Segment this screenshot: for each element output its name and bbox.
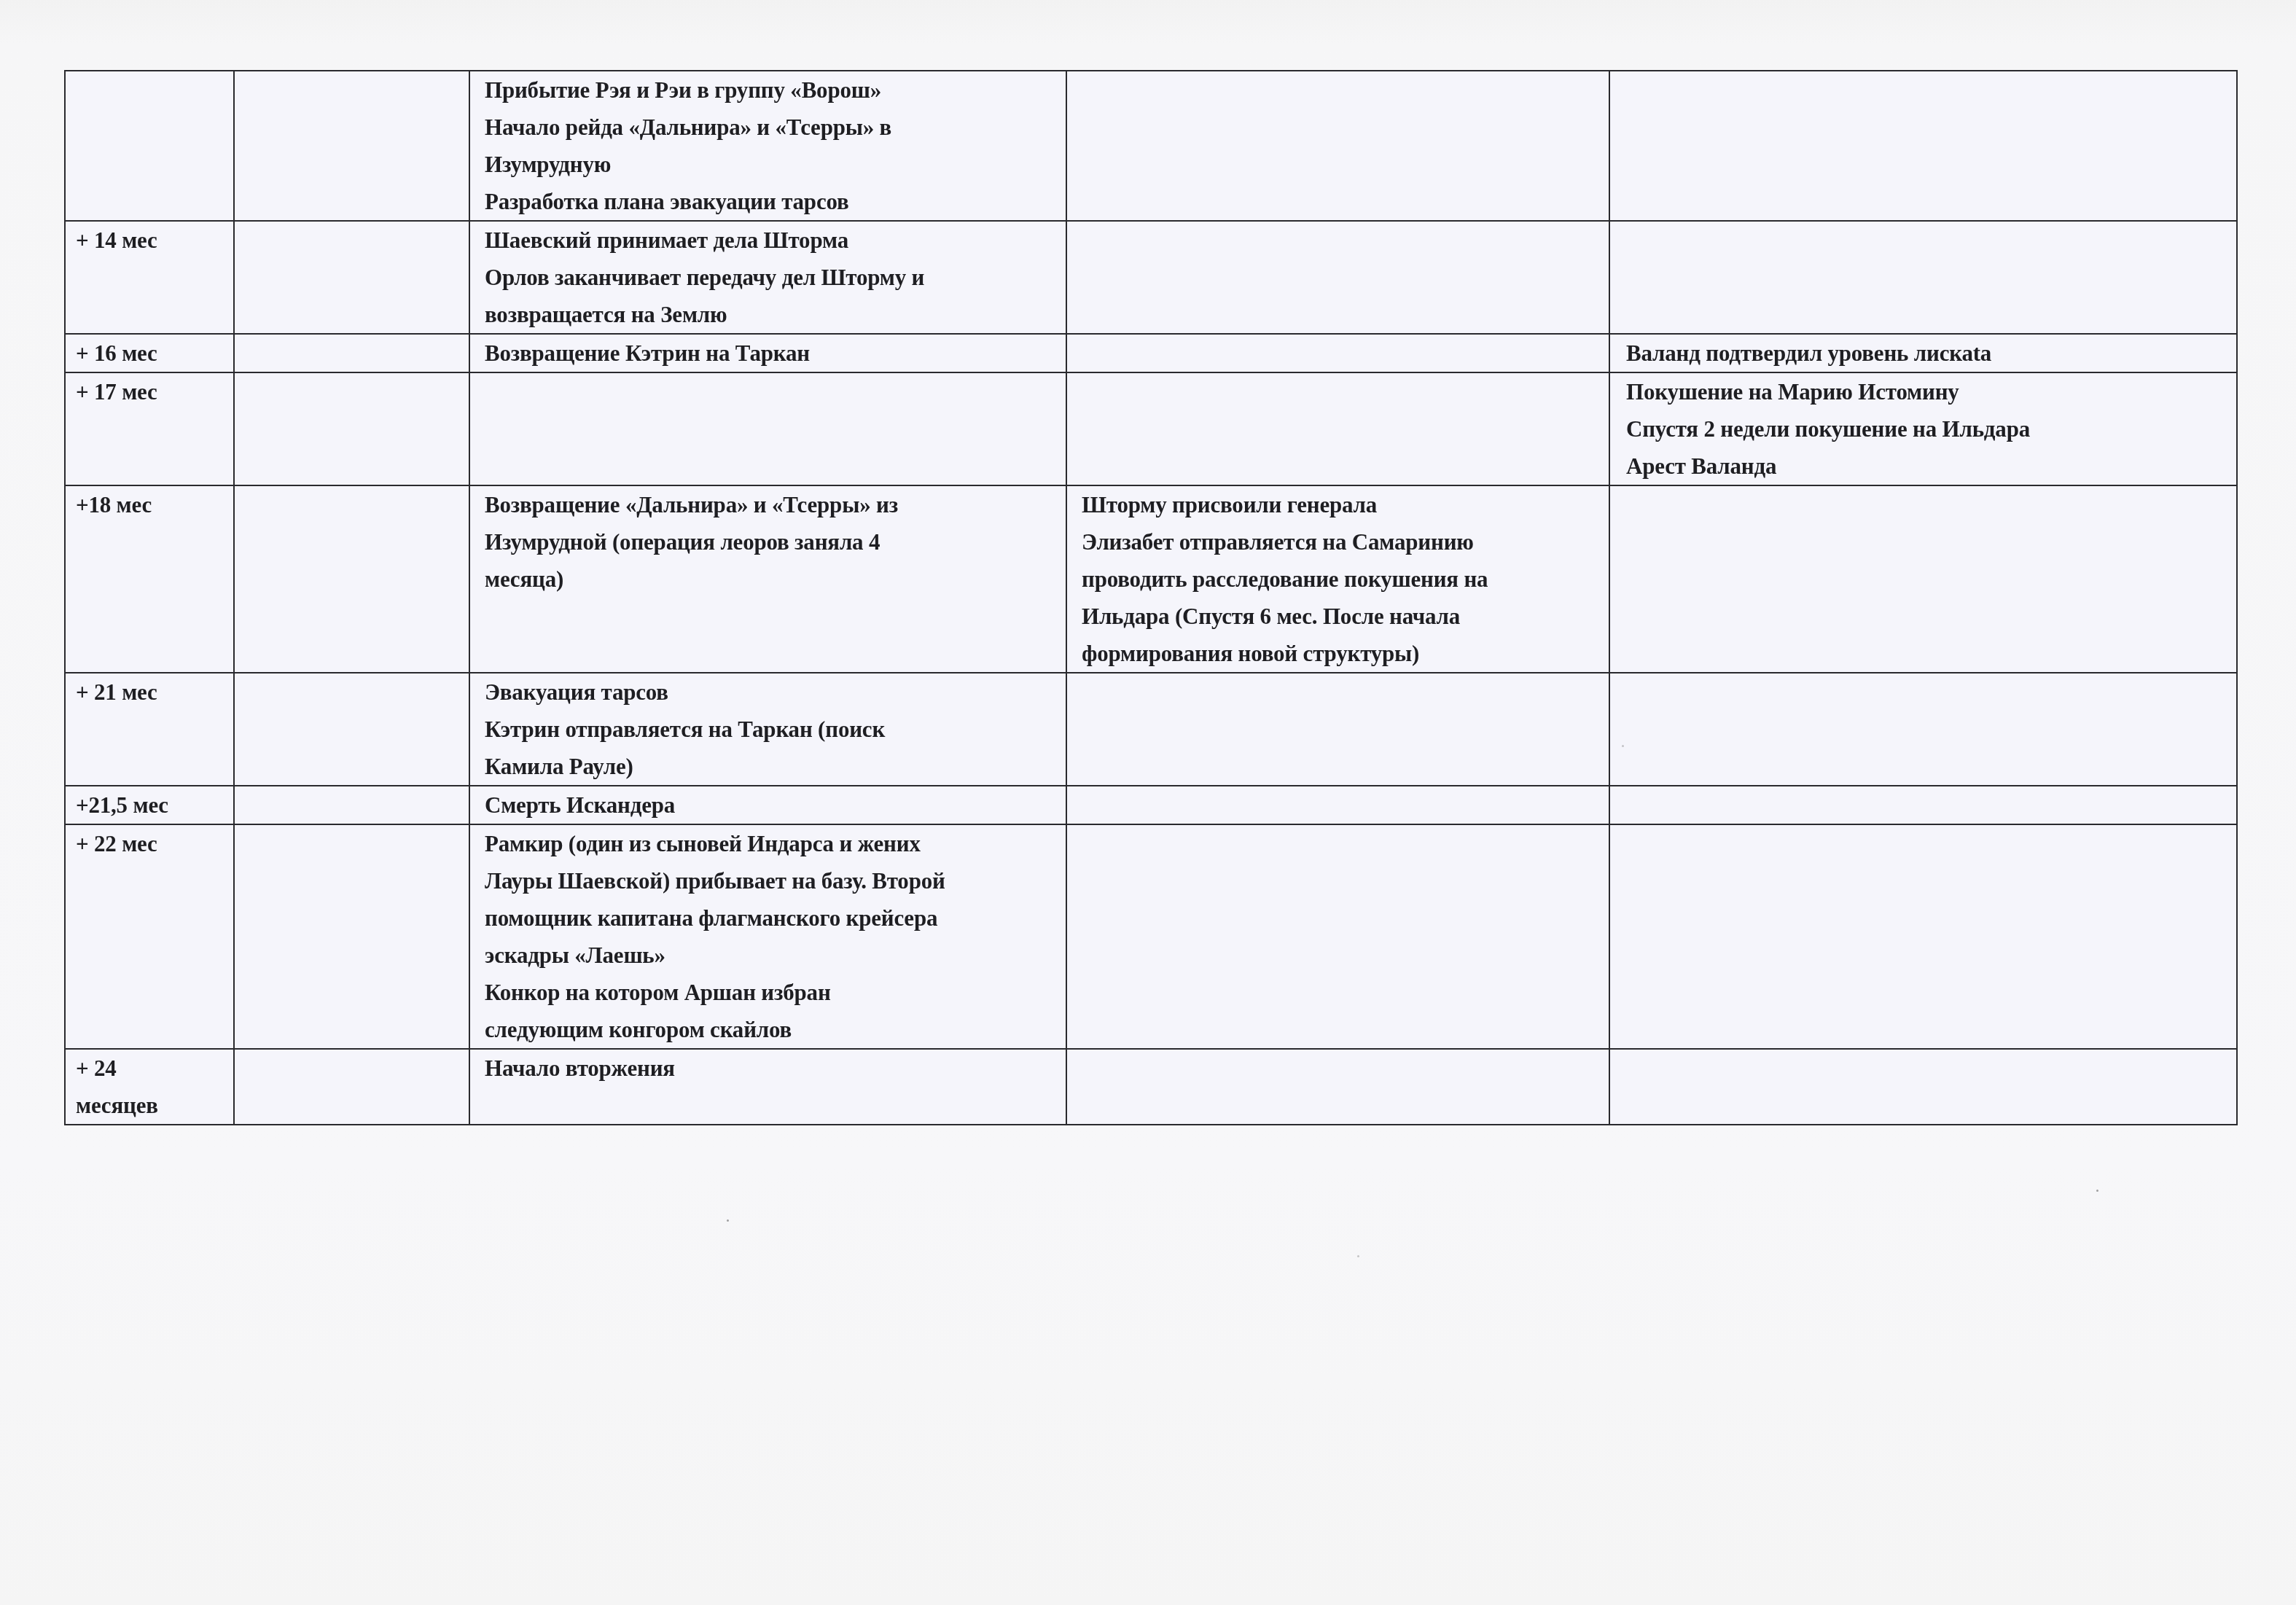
table-row: Прибытие Рэя и Рэи в группу «Ворош»Начал…	[65, 71, 2237, 221]
cell-line: Разработка плана эвакуации тарсов	[485, 183, 1055, 220]
table-row: +21,5 мес Смерть Искандера	[65, 786, 2237, 824]
notes-cell	[1066, 824, 1609, 1049]
events-cell	[469, 372, 1066, 485]
empty-cell	[234, 1049, 469, 1125]
events-cell: Шаевский принимает дела ШтормаОрлов зака…	[469, 221, 1066, 334]
notes-cell	[1066, 372, 1609, 485]
period-cell: + 22 мес	[65, 824, 234, 1049]
period-cell: + 24месяцев	[65, 1049, 234, 1125]
cell-line: Изумрудную	[485, 146, 1055, 183]
empty-cell	[234, 372, 469, 485]
empty-cell	[234, 673, 469, 786]
cell-line: + 22 мес	[76, 825, 223, 862]
events-cell: Возвращение Кэтрин на Таркан	[469, 334, 1066, 372]
empty-cell	[234, 824, 469, 1049]
cell-line: месяцев	[76, 1087, 223, 1124]
table-row: + 22 мес Рамкир (один из сыновей Индарса…	[65, 824, 2237, 1049]
period-cell	[65, 71, 234, 221]
empty-cell	[234, 334, 469, 372]
notes-cell: Валанд подтвердил уровень лискаta	[1609, 334, 2237, 372]
notes-cell	[1609, 1049, 2237, 1125]
cell-line: Шторму присвоили генерала	[1082, 486, 1598, 523]
cell-line: Кэтрин отправляется на Таркан (поиск	[485, 711, 1055, 748]
period-cell: + 21 мес	[65, 673, 234, 786]
events-cell: Рамкир (один из сыновей Индарса и женихЛ…	[469, 824, 1066, 1049]
cell-line: Ильдара (Спустя 6 мес. После начала	[1082, 598, 1598, 635]
cell-line: Прибытие Рэя и Рэи в группу «Ворош»	[485, 71, 1055, 109]
cell-line: +21,5 мес	[76, 786, 223, 824]
cell-line: + 21 мес	[76, 673, 223, 711]
cell-line: Начало рейда «Дальнира» и «Тсерры» в	[485, 109, 1055, 146]
period-cell: +18 мес	[65, 485, 234, 673]
cell-line: Возвращение Кэтрин на Таркан	[485, 335, 1055, 372]
cell-line: Орлов заканчивает передачу дел Шторму и	[485, 259, 1055, 296]
notes-cell: Покушение на Марию ИстоминуСпустя 2 неде…	[1609, 372, 2237, 485]
cell-line: Камила Рауле)	[485, 748, 1055, 785]
notes-cell	[1609, 824, 2237, 1049]
cell-line: Элизабет отправляется на Самаринию	[1082, 523, 1598, 561]
cell-line: Изумрудной (операция леоров заняла 4	[485, 523, 1055, 561]
table-row: + 24месяцев Начало вторжения	[65, 1049, 2237, 1125]
notes-cell	[1066, 786, 1609, 824]
cell-line: Шаевский принимает дела Шторма	[485, 222, 1055, 259]
table-row: +18 мес Возвращение «Дальнира» и «Тсерры…	[65, 485, 2237, 673]
cell-line: Смерть Искандера	[485, 786, 1055, 824]
notes-cell	[1066, 221, 1609, 334]
cell-line: помощник капитана флагманского крейсера	[485, 899, 1055, 937]
events-cell: Начало вторжения	[469, 1049, 1066, 1125]
events-cell: Эвакуация тарсовКэтрин отправляется на Т…	[469, 673, 1066, 786]
notes-cell	[1609, 673, 2237, 786]
cell-line: формирования новой структуры)	[1082, 635, 1598, 672]
cell-line: эскадры «Лаешь»	[485, 937, 1055, 974]
events-cell: Прибытие Рэя и Рэи в группу «Ворош»Начал…	[469, 71, 1066, 221]
table-row: + 21 мес Эвакуация тарсовКэтрин отправля…	[65, 673, 2237, 786]
empty-cell	[234, 485, 469, 673]
cell-line: Конкор на котором Аршан избран	[485, 974, 1055, 1011]
period-cell: + 16 мес	[65, 334, 234, 372]
cell-line: возвращается на Землю	[485, 296, 1055, 333]
timeline-table: Прибытие Рэя и Рэи в группу «Ворош»Начал…	[64, 70, 2238, 1125]
period-cell: + 14 мес	[65, 221, 234, 334]
cell-line: Лауры Шаевской) прибывает на базу. Второ…	[485, 862, 1055, 899]
notes-cell: Шторму присвоили генералаЭлизабет отправ…	[1066, 485, 1609, 673]
scan-speck	[1357, 1255, 1359, 1257]
timeline-table-body: Прибытие Рэя и Рэи в группу «Ворош»Начал…	[65, 71, 2237, 1125]
notes-cell	[1066, 334, 1609, 372]
scan-speck	[1622, 745, 1624, 747]
notes-cell	[1066, 673, 1609, 786]
notes-cell	[1609, 786, 2237, 824]
notes-cell	[1609, 485, 2237, 673]
empty-cell	[234, 71, 469, 221]
scan-speck	[727, 1219, 729, 1222]
notes-cell	[1609, 71, 2237, 221]
cell-line: месяца)	[485, 561, 1055, 598]
empty-cell	[234, 786, 469, 824]
cell-line: Арест Валанда	[1626, 448, 2226, 485]
cell-line: + 24	[76, 1050, 223, 1087]
cell-line: следующим конгором скайлов	[485, 1011, 1055, 1048]
table-row: + 16 мес Возвращение Кэтрин на Таркан Ва…	[65, 334, 2237, 372]
cell-line: + 17 мес	[76, 373, 223, 410]
scan-speck	[2096, 1190, 2098, 1192]
cell-line: +18 мес	[76, 486, 223, 523]
table-row: + 17 мес Покушение на Марию ИстоминуСпус…	[65, 372, 2237, 485]
events-cell: Смерть Искандера	[469, 786, 1066, 824]
cell-line: Эвакуация тарсов	[485, 673, 1055, 711]
cell-line: + 16 мес	[76, 335, 223, 372]
cell-line: Рамкир (один из сыновей Индарса и жених	[485, 825, 1055, 862]
cell-line: проводить расследование покушения на	[1082, 561, 1598, 598]
period-cell: + 17 мес	[65, 372, 234, 485]
cell-line: Начало вторжения	[485, 1050, 1055, 1087]
period-cell: +21,5 мес	[65, 786, 234, 824]
notes-cell	[1609, 221, 2237, 334]
cell-line: Покушение на Марию Истомину	[1626, 373, 2226, 410]
empty-cell	[234, 221, 469, 334]
cell-line: Возвращение «Дальнира» и «Тсерры» из	[485, 486, 1055, 523]
table-row: + 14 мес Шаевский принимает дела ШтормаО…	[65, 221, 2237, 334]
cell-line: Валанд подтвердил уровень лискаta	[1626, 335, 2226, 372]
notes-cell	[1066, 1049, 1609, 1125]
events-cell: Возвращение «Дальнира» и «Тсерры» изИзум…	[469, 485, 1066, 673]
cell-line: + 14 мес	[76, 222, 223, 259]
cell-line: Спустя 2 недели покушение на Ильдара	[1626, 410, 2226, 448]
notes-cell	[1066, 71, 1609, 221]
